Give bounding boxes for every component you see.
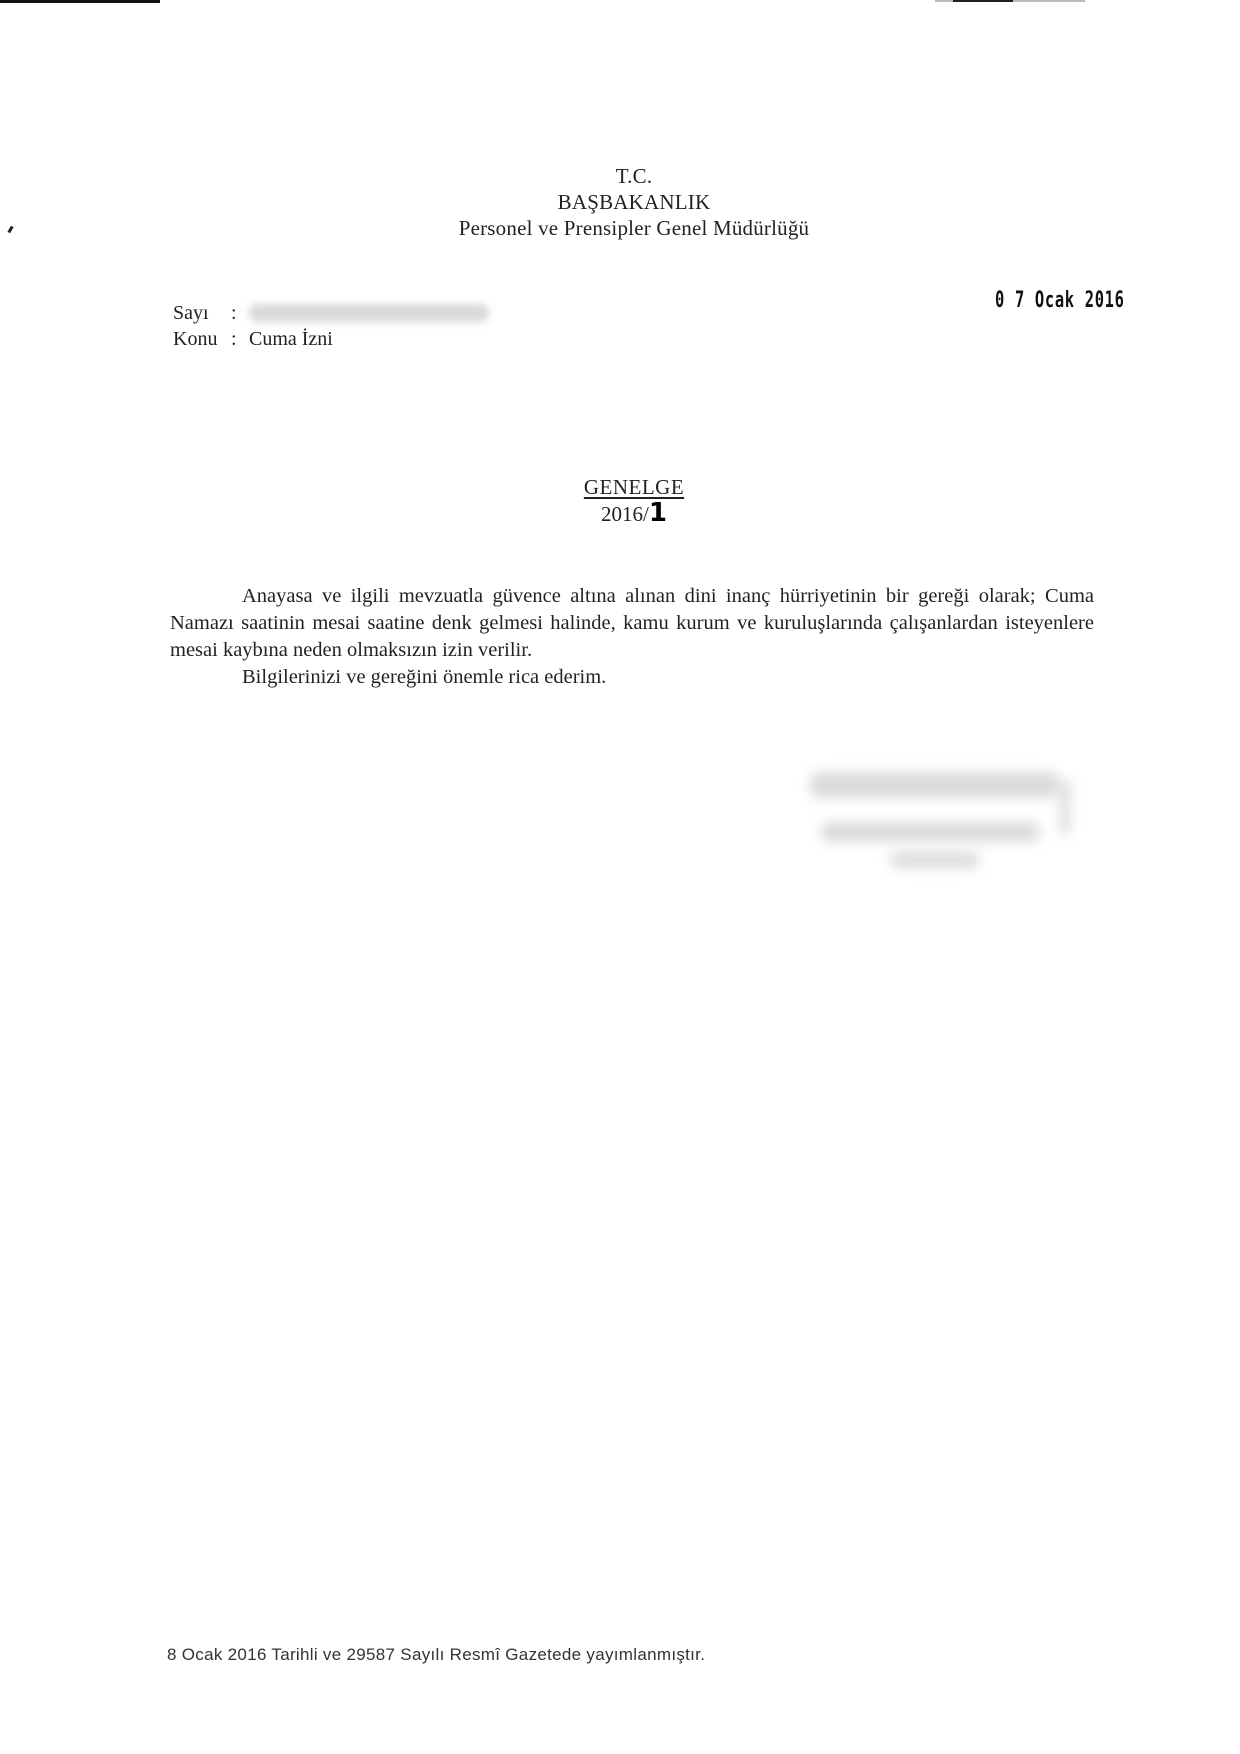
signature-block-redacted (790, 760, 1090, 870)
sayi-separator: : (231, 300, 249, 326)
konu-label: Konu (173, 326, 231, 352)
genelge-number-handwritten: 1 (649, 498, 667, 528)
document-body: Anayasa ve ilgili mevzuatla güvence altı… (170, 583, 1094, 691)
genelge-number: 2016/1 (0, 500, 1240, 527)
body-paragraph: Anayasa ve ilgili mevzuatla güvence altı… (170, 583, 1094, 664)
sayi-row: Sayı : (173, 300, 489, 326)
sayi-value-redacted (249, 304, 489, 322)
genelge-title: GENELGE (584, 474, 684, 500)
signatory-name-redacted (820, 822, 1040, 842)
scan-edge-mark (935, 0, 1085, 2)
genelge-heading: GENELGE 2016/1 (0, 474, 1240, 527)
konu-row: Konu : Cuma İzni (173, 326, 489, 352)
closing-paragraph: Bilgilerinizi ve gereğini önemle rica ed… (170, 664, 1094, 691)
date-stamp: 0 7 Ocak 2016 (995, 288, 1125, 313)
document-header: T.C. BAŞBAKANLIK Personel ve Prensipler … (0, 163, 1240, 241)
konu-separator: : (231, 326, 249, 352)
genelge-number-prefix: 2016/ (601, 502, 649, 526)
signature-stroke-redacted (1060, 780, 1070, 835)
signature-redacted (810, 772, 1060, 798)
document-meta: Sayı : Konu : Cuma İzni (173, 300, 489, 352)
header-department: Personel ve Prensipler Genel Müdürlüğü (0, 215, 1240, 241)
signatory-title-redacted (890, 852, 980, 868)
gazette-note: 8 Ocak 2016 Tarihli ve 29587 Sayılı Resm… (167, 1645, 705, 1665)
header-institution: BAŞBAKANLIK (0, 189, 1240, 215)
scan-edge-mark (0, 0, 160, 3)
header-state: T.C. (0, 163, 1240, 189)
konu-value: Cuma İzni (249, 326, 333, 352)
sayi-label: Sayı (173, 300, 231, 326)
